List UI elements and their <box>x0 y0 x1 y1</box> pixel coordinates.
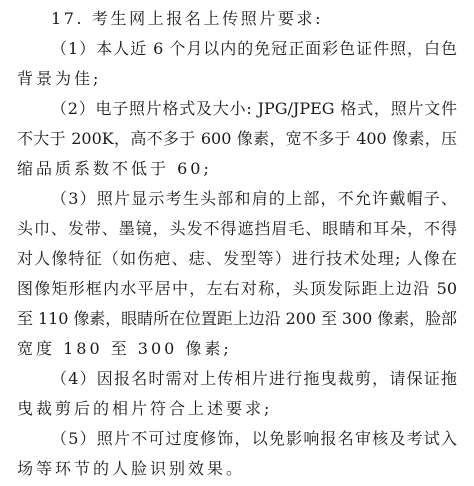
paragraph-line: （3）照片显示考生头部和肩的上部，不允许戴帽子、 <box>17 184 457 214</box>
paragraph-line: 至 110 像素，眼睛所在位置距上边沿 200 至 300 像素，脸部 <box>17 304 457 334</box>
paragraph-line: 对人像特征（如伤疤、痣、发型等）进行技术处理; 人像在 <box>17 244 457 274</box>
section-heading: 17. 考生网上报名上传照片要求: <box>17 4 457 34</box>
paragraph-line: 不大于 200K，高不多于 600 像素，宽不多于 400 像素，压 <box>17 124 457 154</box>
requirement-item-1: （1）本人近 6 个月以内的免冠正面彩色证件照，白色 背景为佳; <box>17 34 457 94</box>
paragraph-line: 图像矩形框内水平居中，左右对称，头顶发际距上边沿 50 <box>17 274 457 304</box>
paragraph-line: （1）本人近 6 个月以内的免冠正面彩色证件照，白色 <box>17 34 457 64</box>
paragraph-line: （2）电子照片格式及大小: JPG/JPEG 格式，照片文件 <box>17 94 457 124</box>
paragraph-line: 宽度 180 至 300 像素; <box>17 334 457 364</box>
paragraph-line: 背景为佳; <box>17 64 457 94</box>
requirement-item-4: （4）因报名时需对上传相片进行拖曳裁剪，请保证拖 曳裁剪后的相片符合上述要求; <box>17 364 457 424</box>
requirement-item-2: （2）电子照片格式及大小: JPG/JPEG 格式，照片文件 不大于 200K，… <box>17 94 457 184</box>
paragraph-line: 缩品质系数不低于 60; <box>17 154 457 184</box>
requirement-item-5: （5）照片不可过度修饰，以免影响报名审核及考试入 场等环节的人脸识别效果。 <box>17 424 457 484</box>
paragraph-line: 场等环节的人脸识别效果。 <box>17 454 457 484</box>
paragraph-line: 头巾、发带、墨镜，头发不得遮挡眉毛、眼睛和耳朵，不得 <box>17 214 457 244</box>
paragraph-line: （5）照片不可过度修饰，以免影响报名审核及考试入 <box>17 424 457 454</box>
document-body: 17. 考生网上报名上传照片要求: （1）本人近 6 个月以内的免冠正面彩色证件… <box>17 4 457 484</box>
paragraph-line: （4）因报名时需对上传相片进行拖曳裁剪，请保证拖 <box>17 364 457 394</box>
requirement-item-3: （3）照片显示考生头部和肩的上部，不允许戴帽子、 头巾、发带、墨镜，头发不得遮挡… <box>17 184 457 364</box>
paragraph-line: 曳裁剪后的相片符合上述要求; <box>17 394 457 424</box>
